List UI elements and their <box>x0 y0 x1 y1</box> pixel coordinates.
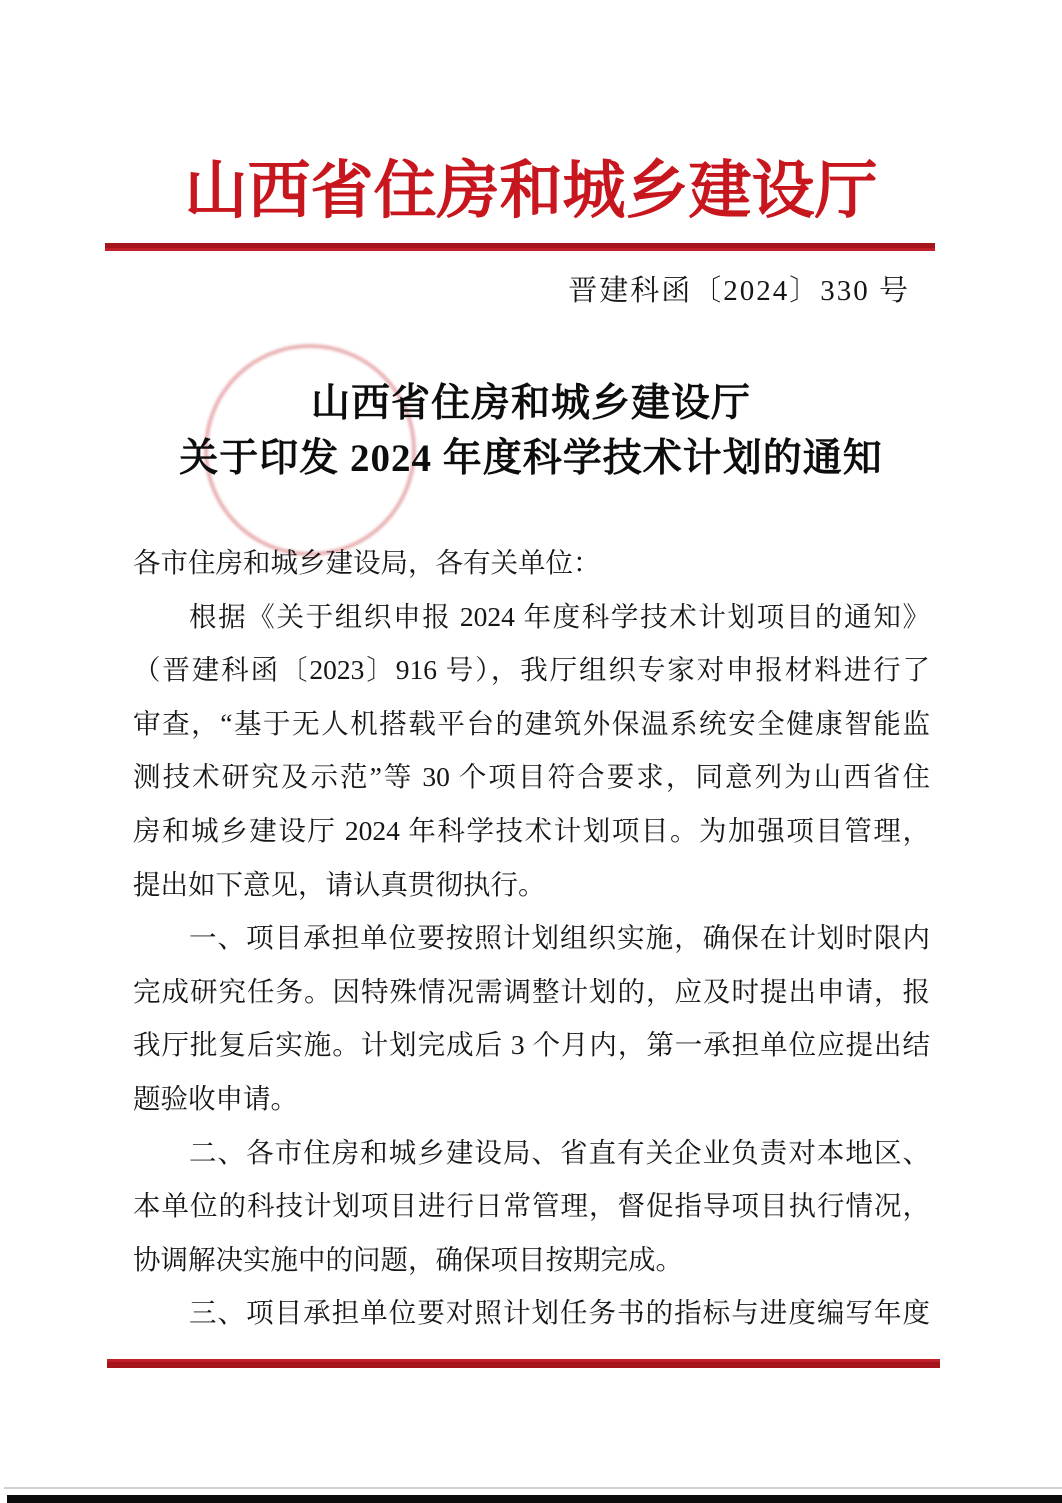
scanned-document-page: 山西省住房和城乡建设厅 晋建科函〔2024〕330 号 山西省住房和城乡建设厅 … <box>0 0 1062 1503</box>
body-line: 房和城乡建设厅 2024 年科学技术计划项目。为加强项目管理， <box>133 804 930 858</box>
letterhead-title: 山西省住房和城乡建设厅 <box>0 150 1062 232</box>
scan-artifact-gray-line <box>4 1487 1062 1489</box>
body-line: 完成研究任务。因特殊情况需调整计划的，应及时提出申请，报 <box>133 965 930 1019</box>
scan-artifact-black-bar <box>7 1495 1062 1503</box>
body-line: 提出如下意见，请认真贯彻执行。 <box>133 858 930 912</box>
body-line: 一、项目承担单位要按照计划组织实施，确保在计划时限内 <box>133 911 930 965</box>
document-reference-number: 晋建科函〔2024〕330 号 <box>568 268 910 309</box>
body-line: 本单位的科技计划项目进行日常管理，督促指导项目执行情况， <box>133 1179 930 1233</box>
document-body: 各市住房和城乡建设局，各有关单位： 根据《关于组织申报 2024 年度科学技术计… <box>133 536 930 1340</box>
body-line: （晋建科函〔2023〕916 号），我厅组织专家对申报材料进行了 <box>133 643 930 697</box>
body-line: 三、项目承担单位要对照计划任务书的指标与进度编写年度 <box>133 1286 930 1340</box>
body-line: 协调解决实施中的问题，确保项目按期完成。 <box>133 1233 930 1287</box>
notice-title-line1: 山西省住房和城乡建设厅 <box>0 376 1062 431</box>
header-double-rule <box>105 243 935 251</box>
body-line: 各市住房和城乡建设局，各有关单位： <box>133 536 930 590</box>
body-line: 审查，“基于无人机搭载平台的建筑外保温系统安全健康智能监 <box>133 697 930 751</box>
body-line: 题验收申请。 <box>133 1072 930 1126</box>
body-line: 二、各市住房和城乡建设局、省直有关企业负责对本地区、 <box>133 1126 930 1180</box>
body-line: 测技术研究及示范”等 30 个项目符合要求，同意列为山西省住 <box>133 750 930 804</box>
body-line: 我厅批复后实施。计划完成后 3 个月内，第一承担单位应提出结 <box>133 1018 930 1072</box>
footer-double-rule <box>107 1359 940 1368</box>
body-line: 根据《关于组织申报 2024 年度科学技术计划项目的通知》 <box>133 590 930 644</box>
notice-title-line2: 关于印发 2024 年度科学技术计划的通知 <box>0 431 1062 486</box>
notice-title: 山西省住房和城乡建设厅 关于印发 2024 年度科学技术计划的通知 <box>0 376 1062 486</box>
